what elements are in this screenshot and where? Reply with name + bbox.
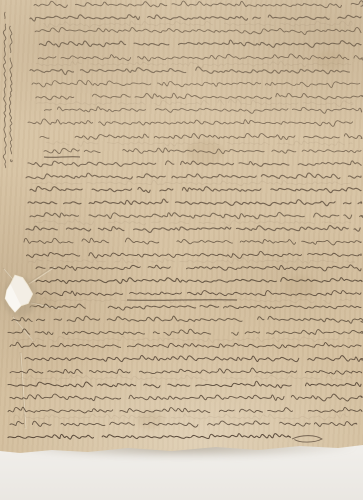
handwriting-line bbox=[34, 1, 363, 8]
handwriting-line bbox=[10, 368, 362, 374]
handwriting-line bbox=[28, 161, 361, 167]
handwriting-line bbox=[44, 107, 361, 114]
handwriting-line bbox=[39, 40, 361, 47]
handwriting-line bbox=[32, 80, 360, 87]
handwriting-line bbox=[30, 186, 361, 192]
handwriting-line bbox=[10, 394, 362, 401]
underline bbox=[44, 157, 80, 158]
handwriting-line bbox=[12, 316, 363, 323]
handwriting-line bbox=[26, 173, 361, 179]
handwriting-line bbox=[30, 15, 361, 21]
handwriting-line bbox=[24, 238, 361, 245]
handwriting-line bbox=[36, 265, 361, 271]
scan-background bbox=[0, 0, 363, 500]
handwriting-line bbox=[8, 407, 362, 413]
handwriting-line bbox=[8, 329, 363, 335]
underline bbox=[127, 300, 237, 301]
handwriting-line bbox=[35, 27, 361, 34]
margin-note-line bbox=[9, 26, 12, 162]
closing-flourish bbox=[292, 436, 322, 442]
margin-note-line bbox=[3, 12, 6, 168]
handwriting-line bbox=[26, 226, 360, 233]
margin-annotation bbox=[3, 12, 12, 168]
handwriting-layer bbox=[0, 0, 363, 500]
handwriting-line bbox=[28, 199, 362, 206]
handwriting-line bbox=[8, 381, 361, 388]
handwriting-line bbox=[10, 421, 357, 427]
handwriting-line bbox=[38, 54, 363, 61]
handwriting-line bbox=[28, 119, 353, 126]
handwriting-line bbox=[30, 212, 363, 218]
handwriting-line bbox=[25, 356, 363, 362]
handwriting-line bbox=[30, 304, 361, 310]
handwriting-line bbox=[30, 67, 349, 75]
handwriting-line bbox=[8, 434, 291, 440]
handwriting-line bbox=[36, 93, 363, 99]
seal-tear-patch bbox=[3, 275, 37, 317]
handwriting-lines bbox=[8, 1, 363, 439]
handwriting-line bbox=[40, 133, 362, 139]
handwriting-line bbox=[27, 251, 362, 258]
signature-flourish bbox=[292, 436, 322, 442]
handwriting-line bbox=[10, 342, 361, 348]
verso-show-through bbox=[14, 21, 355, 420]
